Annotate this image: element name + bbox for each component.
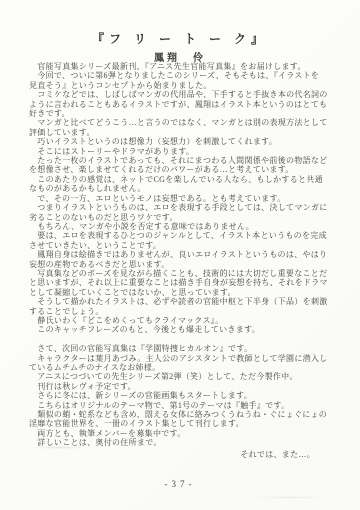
body-line: マンガと比べてどうこう…と言うのではなく、マンガとは別の表現方法として (29, 118, 335, 127)
body-line: 今回で、ついに第6弾となりましたこのシリーズ、そもそもは、『イラストを (29, 71, 335, 80)
body-line: こちらはオリジナルのテーマ物で、第1号のテーマは『触手』です。 (29, 401, 335, 410)
body-line: さらに冬には、新シリーズの官能画集もスタートします。 (29, 391, 335, 400)
body-text: 官能写真集シリーズ最新刊、『アニス先生官能写真集』をお届けします。 今回で、つい… (29, 62, 335, 448)
body-line: 評価しています。 (29, 128, 335, 137)
body-line: 淫靡な官能世界を、一冊のイラスト集として刊行します。 (29, 419, 335, 428)
body-line: アニスにつづいての先生シリーズ第2弾（笑）として、ただ今製作中。 (29, 372, 335, 381)
body-line (29, 335, 335, 344)
body-line: そうして描かれたイラストは、必ずや読者の官能中枢と下半身（下品）を刺激 (29, 297, 335, 306)
body-line: なものがあるかもしれません。 (29, 184, 335, 193)
scan-smudge (250, 496, 330, 499)
body-line: つまりイラストというものは、エロを表現する手段としては、決してマンガに (29, 203, 335, 212)
body-line: ているムチムチのナイスなお姉様。 (29, 363, 335, 372)
body-line: さて、次回の官能写真集は『学園特捜ヒカルオン』です。 (29, 344, 335, 353)
body-line: 写真集などのポーズを見ながら描くことも、技術的には大切だし重要なことだ (29, 269, 335, 278)
body-line: このあたりの感覚は、ネットでCGを楽しんでいる人なら、もしかすると共通 (29, 175, 335, 184)
body-line: 妄想の産物であるべきだと思います。 (29, 260, 335, 269)
closing-line: それでは、また…。 (0, 449, 315, 460)
scanned-document-page: 『フ リ ー ト ー ク』 鳳翔 伶 官能写真集シリーズ最新刊、『アニス先生官能… (0, 0, 360, 510)
body-line: 要は、エロを表現するひとつのジャンルとして、イラスト本というものを完成 (29, 231, 335, 240)
title-block: 『フ リ ー ト ー ク』 鳳翔 伶 (0, 30, 360, 64)
body-line: 巧いイラストというのは想像力（妄想力）を刺激してくれます。 (29, 137, 335, 146)
body-line: 劣ることのないものだと思うワケです。 (29, 213, 335, 222)
body-line: キャラクターは葉月あづみ。主人公のアシスタントで教師として学園に潜入し (29, 354, 335, 363)
body-line: ように言われることもあるイラストですが、鳳翔はイラスト本というのはとても (29, 100, 335, 109)
body-line: コミケなどでは、しばしばマンガの代用品や、下手すると手抜き本の代名詞の (29, 90, 335, 99)
page-title: 『フ リ ー ト ー ク』 (0, 30, 360, 47)
body-line: 両方とも、執筆メンバーを募集中です。 (29, 429, 335, 438)
body-line: を想像させ、楽しませてくれるだけのパワーがある…と考えています。 (29, 165, 335, 174)
body-line: することでしょう。 (29, 307, 335, 316)
body-line: そこにはストーリーやドラマがあります。 (29, 147, 335, 156)
page-number: -37- (0, 479, 360, 489)
body-line: 官能写真集シリーズ最新刊、『アニス先生官能写真集』をお届けします。 (29, 62, 335, 71)
body-line: させていきたい、ということです。 (29, 241, 335, 250)
body-line: として凝縮していくことではないか、と思っています。 (29, 288, 335, 297)
body-line: 見直そう』というコンセプトから始まりました。 (29, 81, 335, 90)
body-line: で、その一方、エロというモノは妄想である。とも考えています。 (29, 194, 335, 203)
body-line: 鳳翔自身は絵描きではありませんが、良いエロイラストというものは、やはり (29, 250, 335, 259)
body-line: このキャッチフレーズのもと、今後とも爆走していきます。 (29, 325, 335, 334)
scan-smudge (30, 446, 90, 449)
body-line: もちろん、マンガや小説を否定する意味ではありません。 (29, 222, 335, 231)
body-line: 類似の蛸・蛇系なども含め、悶える女体に絡みつくうねうね・ぐにょぐにょの (29, 410, 335, 419)
body-line: 刊行は秋レヴォ予定です。 (29, 382, 335, 391)
body-line: と思いますが、それ以上に重要なことは描き手自身が妄想を持ち、それをドラマ (29, 278, 335, 287)
body-line: 静氏いわく『どこをめくってもクライマックス』。 (29, 316, 335, 325)
